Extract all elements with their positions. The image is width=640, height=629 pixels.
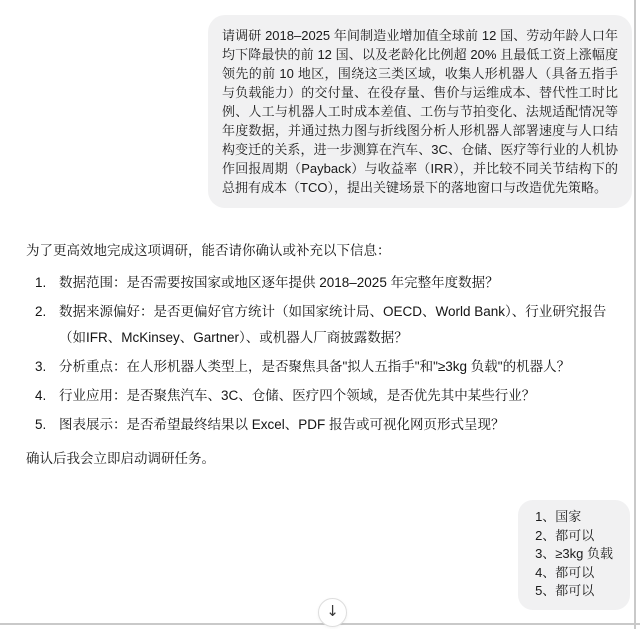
clarification-item-output-format: 图表展示：是否希望最终结果以 Excel、PDF 报告或可视化网页形式呈现？ <box>50 412 620 438</box>
conversation-area: 请调研 2018–2025 年间制造业增加值全球前 12 国、劳动年龄人口年均下… <box>0 0 634 623</box>
clarification-item-analysis-focus: 分析重点：在人形机器人类型上，是否聚焦具备"拟人五指手"和"≥3kg 负载"的机… <box>50 354 620 380</box>
clarification-item-industry-application: 行业应用：是否聚焦汽车、3C、仓储、医疗四个领域，是否优先其中某些行业？ <box>50 383 620 409</box>
user-reply-bubble: 1、国家 2、都可以 3、≥3kg 负载 4、都可以 5、都可以 <box>518 500 630 610</box>
reply-line-4: 4、都可以 <box>535 564 613 583</box>
reply-line-5: 5、都可以 <box>535 582 613 601</box>
reply-line-1: 1、国家 <box>535 508 613 527</box>
assistant-message: 为了更高效地完成这项调研，能否请你确认或补充以下信息： 数据范围：是否需要按国家… <box>26 238 620 472</box>
window-right-border <box>634 0 636 629</box>
user-message-text: 请调研 2018–2025 年间制造业增加值全球前 12 国、劳动年龄人口年均下… <box>222 28 618 195</box>
clarification-item-data-scope: 数据范围：是否需要按国家或地区逐年提供 2018–2025 年完整年度数据？ <box>50 270 620 296</box>
assistant-intro: 为了更高效地完成这项调研，能否请你确认或补充以下信息： <box>26 238 620 264</box>
chat-window: 请调研 2018–2025 年间制造业增加值全球前 12 国、劳动年龄人口年均下… <box>0 0 640 629</box>
down-arrow-icon: ↓ <box>326 604 339 619</box>
clarification-item-data-sources: 数据来源偏好：是否更偏好官方统计（如国家统计局、OECD、World Bank）… <box>50 299 620 351</box>
reply-line-3: 3、≥3kg 负载 <box>535 545 613 564</box>
composer-top-divider <box>0 623 640 625</box>
assistant-closing: 确认后我会立即启动调研任务。 <box>26 446 620 472</box>
clarification-list: 数据范围：是否需要按国家或地区逐年提供 2018–2025 年完整年度数据？ 数… <box>26 270 620 438</box>
reply-line-2: 2、都可以 <box>535 527 613 546</box>
user-message-bubble: 请调研 2018–2025 年间制造业增加值全球前 12 国、劳动年龄人口年均下… <box>208 15 632 208</box>
scroll-to-bottom-button[interactable]: ↓ <box>318 598 347 627</box>
